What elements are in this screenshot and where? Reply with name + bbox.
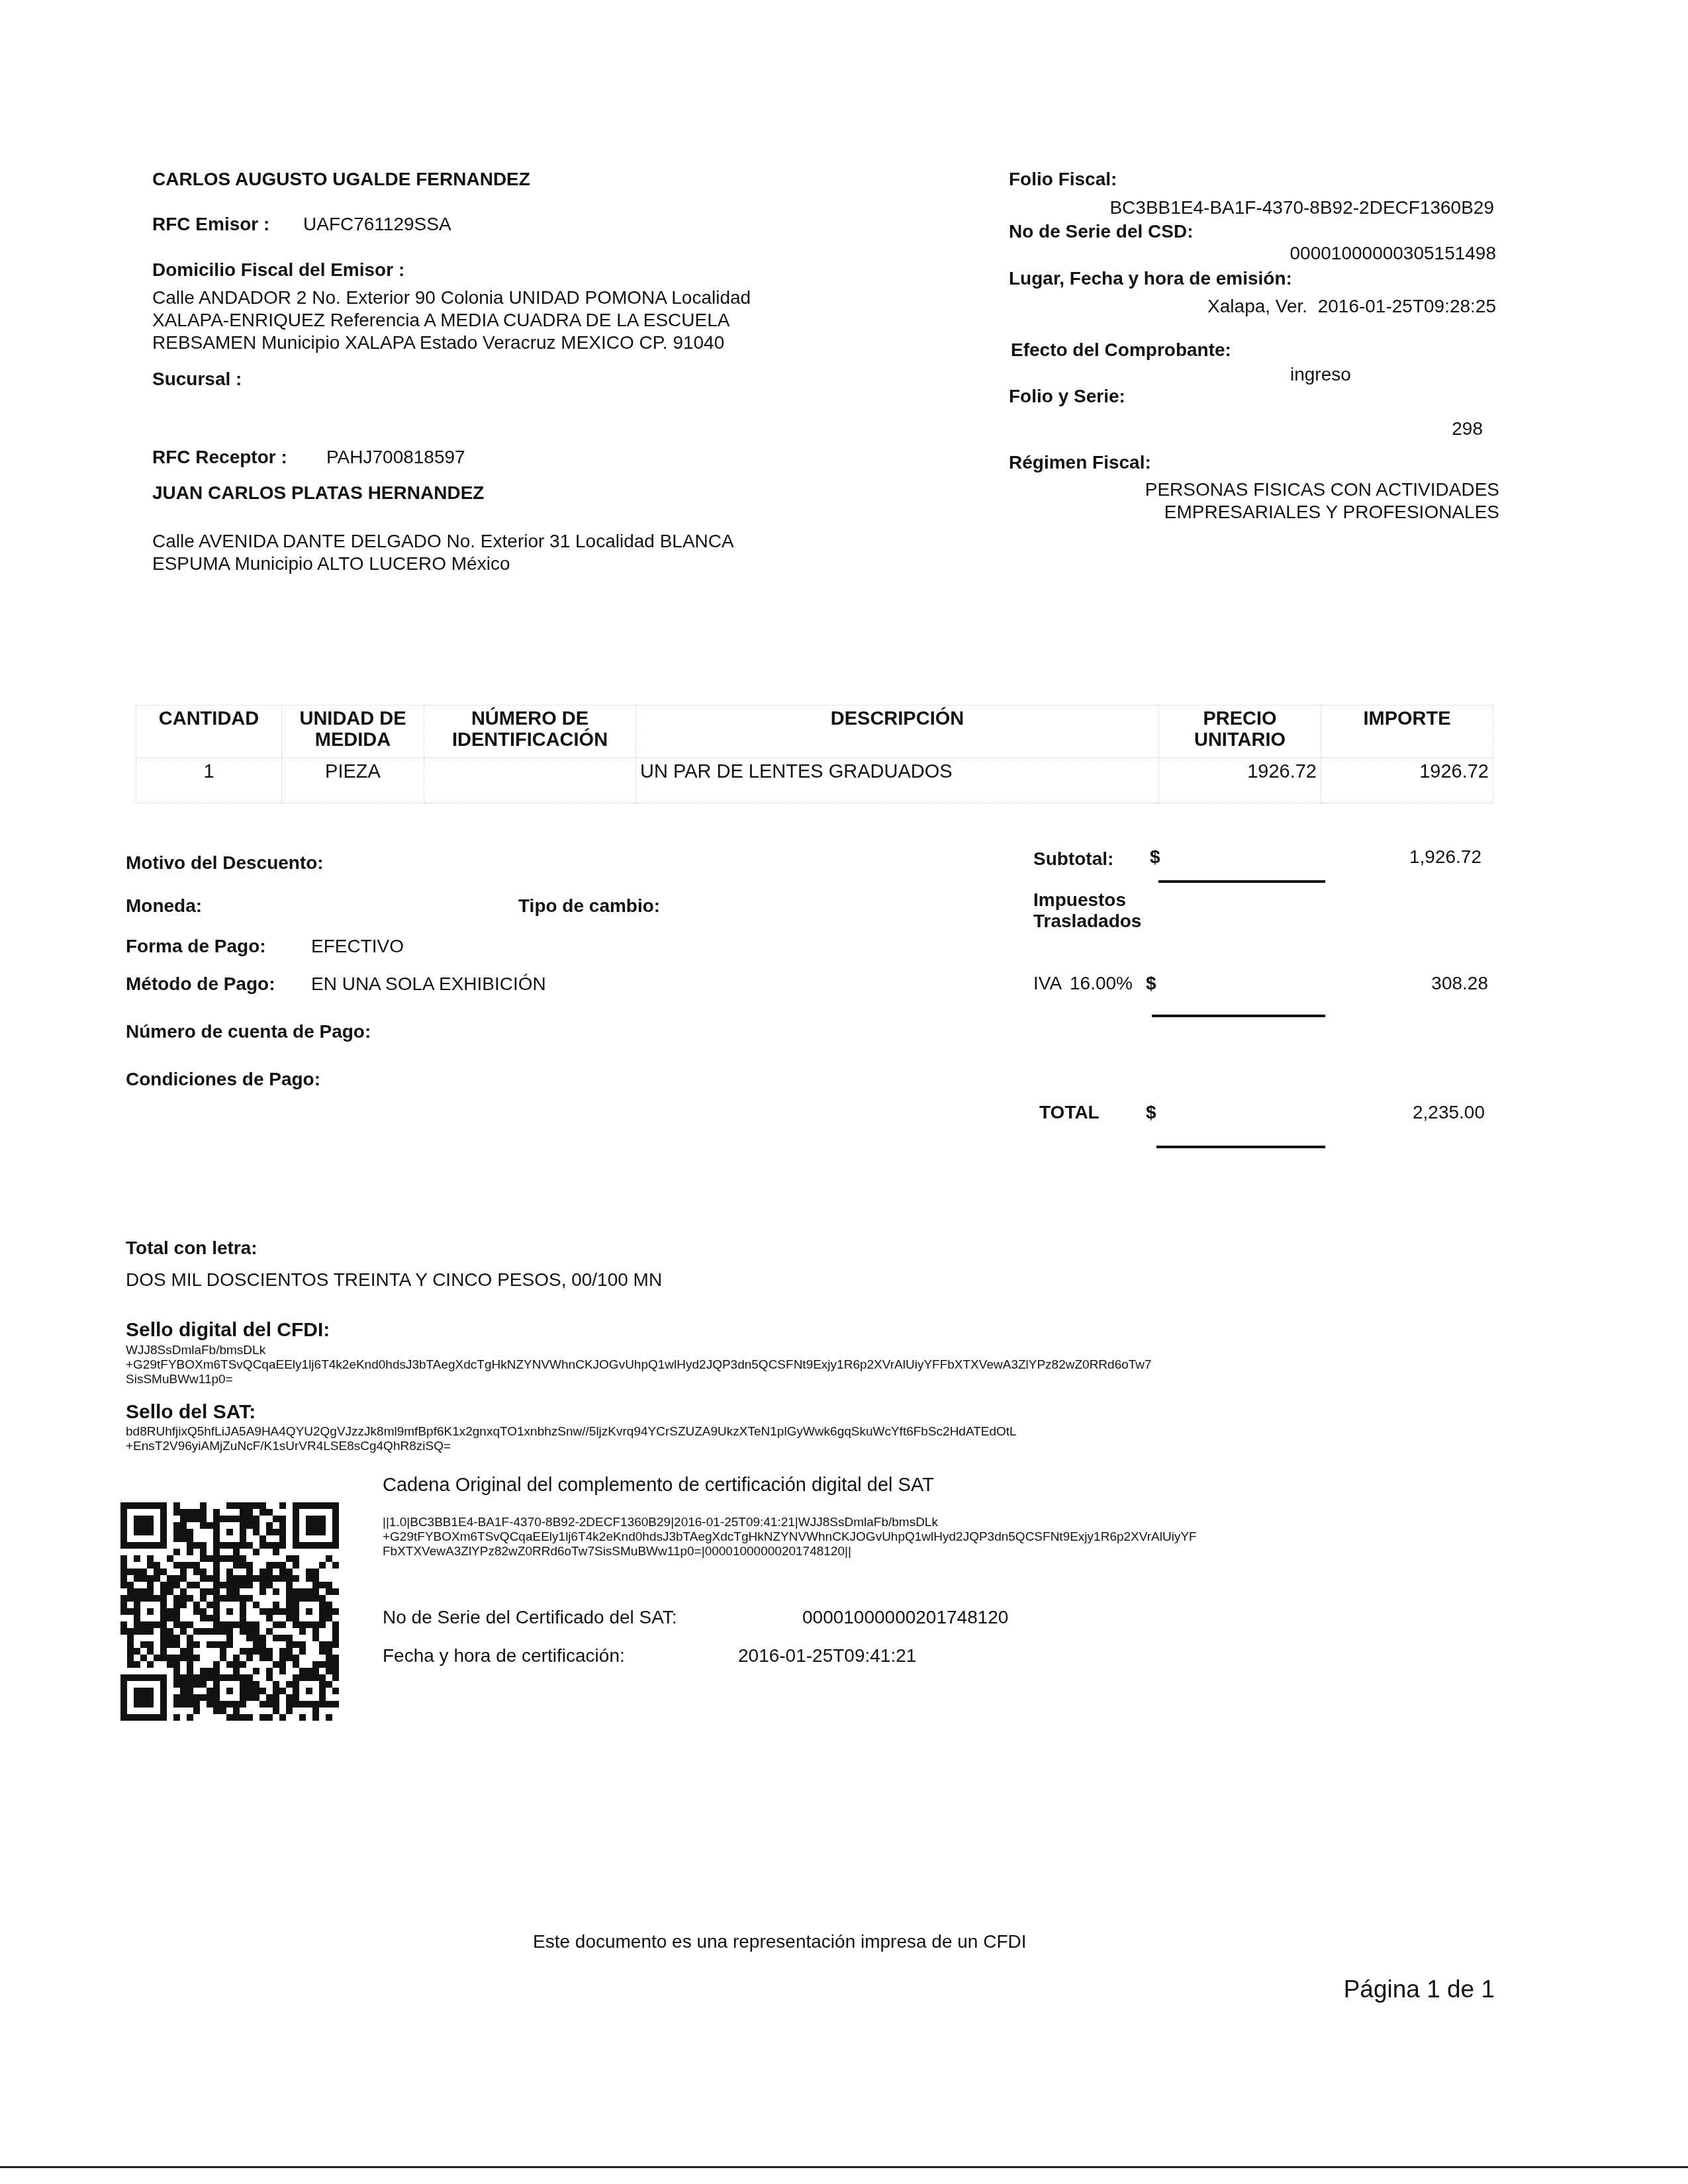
rfc-receptor-label: RFC Receptor : [152, 447, 287, 468]
address-line: Calle ANDADOR 2 No. Exterior 90 Colonia … [152, 287, 751, 309]
sello-cfdi-value: WJJ8SsDmlaFb/bmsDLk +G29tFYBOXm6TSvQCqaE… [126, 1343, 1152, 1387]
folio-fiscal-label: Folio Fiscal: [1009, 169, 1117, 190]
header-numero: NÚMERO DE IDENTIFICACIÓN [424, 705, 636, 758]
cell-descripcion: UN PAR DE LENTES GRADUADOS [636, 758, 1159, 803]
rfc-emisor-value: UAFC761129SSA [303, 214, 451, 235]
header-descripcion: DESCRIPCIÓN [636, 705, 1159, 758]
rfc-receptor-value: PAHJ700818597 [326, 447, 465, 468]
efecto-value: ingreso [1290, 364, 1351, 385]
lugar-fecha-value: Xalapa, Ver. 2016-01-25T09:28:25 [1207, 296, 1496, 317]
total-underline [1156, 1146, 1325, 1148]
sello-line: SisSMuBWw11p0= [126, 1373, 1152, 1387]
iva-label: IVA [1033, 973, 1062, 994]
sello-line: WJJ8SsDmlaFb/bmsDLk [126, 1343, 1152, 1358]
moneda-label: Moneda: [126, 895, 202, 917]
cell-numero [424, 758, 636, 803]
condiciones-pago-label: Condiciones de Pago: [126, 1069, 320, 1090]
numero-cuenta-label: Número de cuenta de Pago: [126, 1021, 371, 1042]
subtotal-value: 1,926.72 [1409, 846, 1481, 868]
total-letra-label: Total con letra: [126, 1238, 258, 1259]
cadena-line: FbXTXVewA3ZlYPz82wZ0RRd6oTw7SisSMuBWw11p… [383, 1545, 1197, 1559]
subtotal-currency: $ [1150, 846, 1160, 868]
cadena-line: +G29tFYBOXm6TSvQCqaEEly1lj6T4k2eKnd0hdsJ… [383, 1530, 1197, 1545]
subtotal-label: Subtotal: [1033, 848, 1113, 870]
items-table: CANTIDAD UNIDAD DE MEDIDA NÚMERO DE IDEN… [136, 705, 1493, 803]
emisor-name: CARLOS AUGUSTO UGALDE FERNANDEZ [152, 169, 530, 190]
serie-sat-label: No de Serie del Certificado del SAT: [383, 1607, 677, 1628]
sello-cfdi-label: Sello digital del CFDI: [126, 1319, 330, 1342]
address-line: Calle AVENIDA DANTE DELGADO No. Exterior… [152, 530, 734, 553]
footer-note: Este documento es una representación imp… [533, 1931, 1027, 1952]
header-precio: PRECIO UNITARIO [1159, 705, 1321, 758]
cadena-original-value: ||1.0|BC3BB1E4-BA1F-4370-8B92-2DECF1360B… [383, 1516, 1197, 1559]
iva-rate: 16.00% [1070, 973, 1133, 994]
address-line: REBSAMEN Municipio XALAPA Estado Veracru… [152, 332, 751, 354]
cell-unidad: PIEZA [282, 758, 424, 803]
sello-line: bd8RUhfjixQ5hfLiJA5A9HA4QYU2QgVJzzJk8ml9… [126, 1425, 1017, 1439]
fecha-certificacion-value: 2016-01-25T09:41:21 [738, 1645, 916, 1666]
page-bottom-rule [0, 2166, 1688, 2168]
sello-line: +G29tFYBOXm6TSvQCqaEEly1lj6T4k2eKnd0hdsJ… [126, 1358, 1152, 1373]
page-number: Página 1 de 1 [1344, 1976, 1495, 2003]
motivo-descuento-label: Motivo del Descuento: [126, 852, 324, 874]
metodo-pago-value: EN UNA SOLA EXHIBICIÓN [311, 974, 546, 995]
folio-fiscal-value: BC3BB1E4-BA1F-4370-8B92-2DECF1360B29 [1109, 197, 1494, 218]
header-unidad: UNIDAD DE MEDIDA [282, 705, 424, 758]
total-currency: $ [1146, 1102, 1156, 1123]
total-label: TOTAL [1039, 1102, 1100, 1123]
metodo-pago-label: Método de Pago: [126, 974, 275, 995]
lugar-fecha-label: Lugar, Fecha y hora de emisión: [1009, 268, 1292, 289]
sucursal-label: Sucursal : [152, 369, 242, 390]
iva-currency: $ [1146, 973, 1156, 994]
items-header-row: CANTIDAD UNIDAD DE MEDIDA NÚMERO DE IDEN… [136, 705, 1493, 758]
sello-line: +EnsT2V96yiAMjZuNcF/K1sUrVR4LSE8sCg4QhR8… [126, 1439, 1017, 1454]
receptor-name: JUAN CARLOS PLATAS HERNANDEZ [152, 482, 484, 504]
csd-label: No de Serie del CSD: [1009, 221, 1194, 242]
impuestos-label-line: Trasladados [1033, 911, 1141, 932]
folio-serie-value: 298 [1452, 418, 1483, 439]
regimen-line: PERSONAS FISICAS CON ACTIVIDADES [1145, 478, 1499, 501]
address-line: XALAPA-ENRIQUEZ Referencia A MEDIA CUADR… [152, 309, 751, 332]
forma-pago-label: Forma de Pago: [126, 936, 266, 957]
header-cantidad: CANTIDAD [136, 705, 282, 758]
regimen-label: Régimen Fiscal: [1009, 452, 1151, 473]
regimen-value: PERSONAS FISICAS CON ACTIVIDADES EMPRESA… [1145, 478, 1499, 523]
qr-code-icon [120, 1502, 339, 1721]
receptor-address: Calle AVENIDA DANTE DELGADO No. Exterior… [152, 530, 734, 575]
cadena-original-title: Cadena Original del complemento de certi… [383, 1475, 934, 1496]
total-letra-value: DOS MIL DOSCIENTOS TREINTA Y CINCO PESOS… [126, 1269, 662, 1291]
efecto-label: Efecto del Comprobante: [1011, 340, 1231, 361]
forma-pago-value: EFECTIVO [311, 936, 404, 957]
cell-importe: 1926.72 [1321, 758, 1493, 803]
address-line: ESPUMA Municipio ALTO LUCERO México [152, 553, 734, 575]
header-importe: IMPORTE [1321, 705, 1493, 758]
domicilio-emisor-address: Calle ANDADOR 2 No. Exterior 90 Colonia … [152, 287, 751, 354]
fecha-certificacion-label: Fecha y hora de certificación: [383, 1645, 625, 1666]
folio-serie-label: Folio y Serie: [1009, 386, 1125, 407]
impuestos-label-line: Impuestos [1033, 889, 1141, 911]
sello-sat-label: Sello del SAT: [126, 1401, 256, 1424]
cell-precio: 1926.72 [1159, 758, 1321, 803]
impuestos-trasladados-label: Impuestos Trasladados [1033, 889, 1141, 932]
total-value: 2,235.00 [1413, 1102, 1485, 1123]
domicilio-emisor-label: Domicilio Fiscal del Emisor : [152, 259, 404, 281]
csd-value: 00001000000305151498 [1290, 243, 1496, 264]
iva-value: 308.28 [1431, 973, 1488, 994]
table-row: 1 PIEZA UN PAR DE LENTES GRADUADOS 1926.… [136, 758, 1493, 803]
subtotal-underline [1158, 880, 1325, 883]
rfc-emisor-label: RFC Emisor : [152, 214, 269, 235]
cadena-line: ||1.0|BC3BB1E4-BA1F-4370-8B92-2DECF1360B… [383, 1516, 1197, 1530]
tipo-cambio-label: Tipo de cambio: [518, 895, 660, 917]
regimen-line: EMPRESARIALES Y PROFESIONALES [1145, 501, 1499, 523]
iva-underline [1152, 1015, 1325, 1017]
sello-sat-value: bd8RUhfjixQ5hfLiJA5A9HA4QYU2QgVJzzJk8ml9… [126, 1425, 1017, 1454]
serie-sat-value: 00001000000201748120 [802, 1607, 1008, 1628]
cell-cantidad: 1 [136, 758, 282, 803]
